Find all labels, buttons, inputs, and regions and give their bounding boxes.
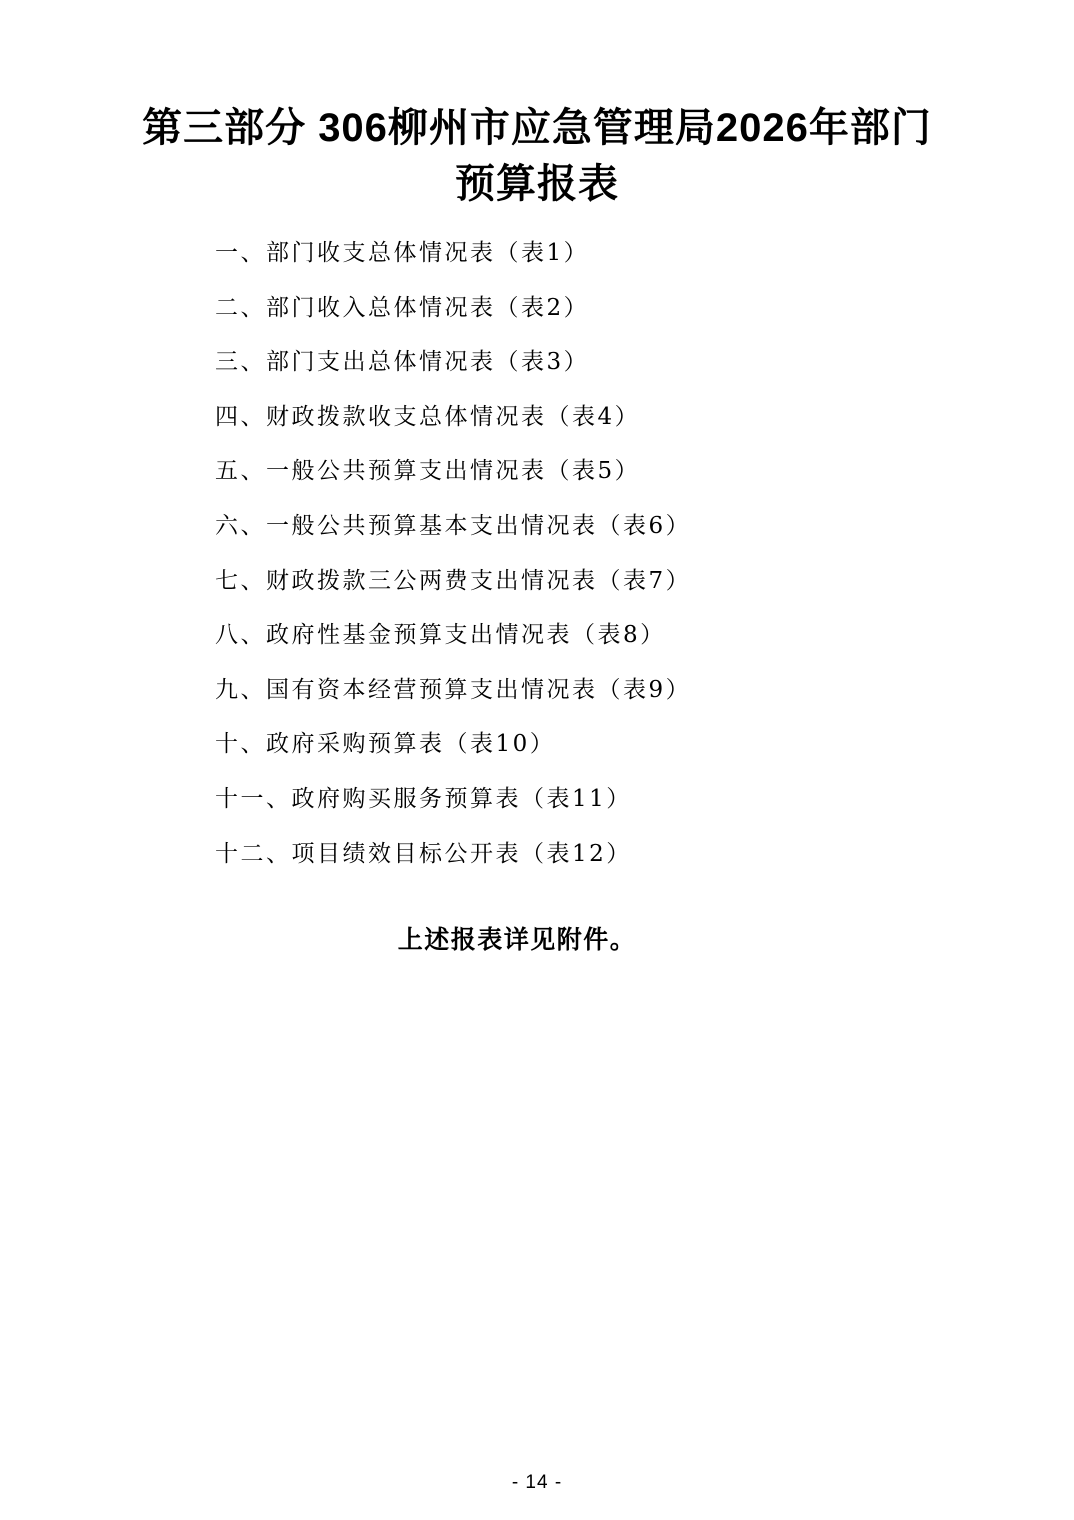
list-item: 十一、政府购买服务预算表（表11）: [215, 772, 691, 827]
list-item: 六、一般公共预算基本支出情况表（表6）: [215, 499, 691, 554]
document-page: 第三部分 306柳州市应急管理局2026年部门 预算报表 一、部门收支总体情况表…: [0, 0, 1074, 1520]
page-title-line-1: 第三部分 306柳州市应急管理局2026年部门: [0, 100, 1074, 156]
list-item: 十、政府采购预算表（表10）: [215, 717, 691, 772]
page-number: - 14 -: [0, 1472, 1074, 1494]
attachment-note: 上述报表详见附件。: [0, 920, 1054, 956]
list-item: 十二、项目绩效目标公开表（表12）: [215, 827, 691, 882]
list-item: 一、部门收支总体情况表（表1）: [215, 226, 691, 281]
list-item: 二、部门收入总体情况表（表2）: [215, 281, 691, 336]
page-title: 第三部分 306柳州市应急管理局2026年部门 预算报表: [0, 100, 1074, 212]
list-item: 八、政府性基金预算支出情况表（表8）: [215, 608, 691, 663]
report-table-list: 一、部门收支总体情况表（表1） 二、部门收入总体情况表（表2） 三、部门支出总体…: [215, 226, 691, 881]
list-item: 七、财政拨款三公两费支出情况表（表7）: [215, 554, 691, 609]
list-item: 三、部门支出总体情况表（表3）: [215, 335, 691, 390]
list-item: 四、财政拨款收支总体情况表（表4）: [215, 390, 691, 445]
page-title-line-2: 预算报表: [0, 156, 1074, 212]
list-item: 五、一般公共预算支出情况表（表5）: [215, 444, 691, 499]
list-item: 九、国有资本经营预算支出情况表（表9）: [215, 663, 691, 718]
